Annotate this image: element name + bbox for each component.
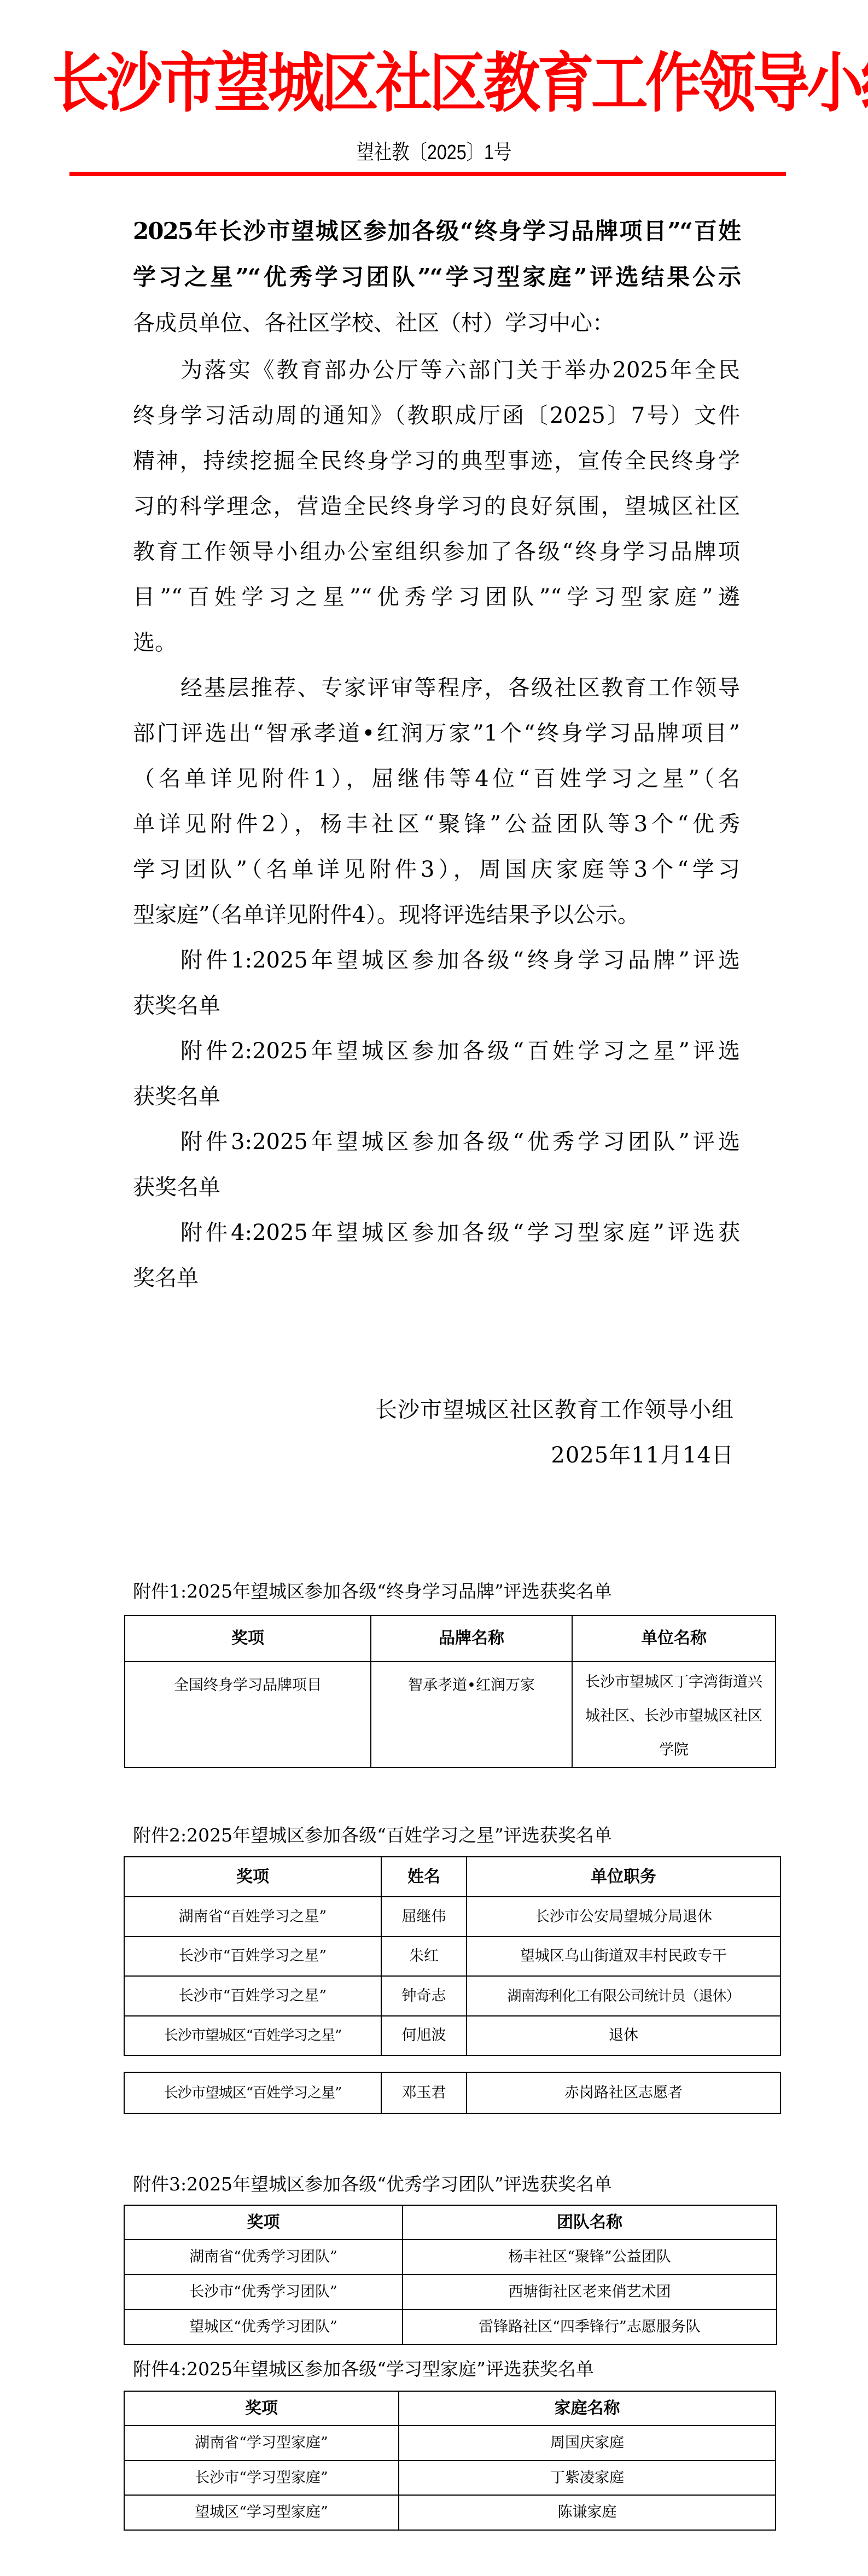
- award-cell: 长沙市望城区“百姓学习之星”: [124, 2016, 381, 2055]
- family-cell: 陈谦家庭: [399, 2495, 776, 2530]
- attachment-item-1-cont: 获奖名单: [133, 992, 740, 1019]
- award-cell: 望城区“优秀学习团队”: [124, 2310, 403, 2345]
- paragraph-line: 经基层推荐、专家评审等程序，各级社区教育工作领导: [180, 674, 740, 702]
- position-cell: 湖南海利化工有限公司统计员（退休）: [467, 1976, 780, 2016]
- annex-2-table: 奖项 姓名 单位职务 湖南省“百姓学习之星” 屈继伟 长沙市公安局望城分局退休 …: [124, 1856, 781, 2056]
- table-row: 长沙市“优秀学习团队” 西塘街社区老来俏艺术团: [124, 2275, 777, 2310]
- attachment-item-4: 附件4:2025年望城区参加各级“学习型家庭”评选获: [180, 1219, 740, 1246]
- annex-1-caption: 附件1:2025年望城区参加各级“终身学习品牌”评选获奖名单: [133, 1581, 612, 1602]
- award-cell: 长沙市望城区“百姓学习之星”: [124, 2072, 381, 2113]
- column-header: 品牌名称: [371, 1616, 572, 1662]
- name-cell: 钟奇志: [381, 1976, 467, 2016]
- table-row: 长沙市“百姓学习之星” 钟奇志 湖南海利化工有限公司统计员（退休）: [124, 1976, 780, 2016]
- table-row: 湖南省“学习型家庭” 周国庆家庭: [124, 2426, 776, 2461]
- annex-2-extra-table: 长沙市望城区“百姓学习之星” 邓玉君 赤岗路社区志愿者: [124, 2072, 781, 2114]
- name-cell: 朱红: [381, 1937, 467, 1976]
- paragraph-line: 单详见附件2），杨丰社区“聚锋”公益团队等3个“优秀: [133, 811, 740, 838]
- award-cell: 长沙市“百姓学习之星”: [124, 1976, 381, 2016]
- attachment-item-2-cont: 获奖名单: [133, 1083, 740, 1110]
- document-number: 望社教〔2025〕1号: [65, 140, 803, 165]
- table-header-row: 奖项 家庭名称: [124, 2391, 776, 2426]
- column-header: 奖项: [124, 2391, 399, 2426]
- award-cell: 长沙市“优秀学习团队”: [124, 2275, 403, 2310]
- position-cell: 退休: [467, 2016, 780, 2055]
- org-banner-title: 长沙市望城区社区教育工作领导小组文件: [52, 45, 816, 121]
- column-header: 奖项: [125, 1616, 371, 1662]
- signature-org: 长沙市望城区社区教育工作领导小组: [375, 1396, 734, 1424]
- paragraph-line: 终身学习活动周的通知》（教职成厅函〔2025〕7号）文件: [133, 402, 740, 429]
- annex-2-caption: 附件2:2025年望城区参加各级“百姓学习之星”评选获奖名单: [133, 1825, 612, 1846]
- column-header: 团队名称: [403, 2205, 777, 2240]
- annex-4-caption: 附件4:2025年望城区参加各级“学习型家庭”评选获奖名单: [133, 2358, 594, 2380]
- brand-cell: 智承孝道•红润万家: [371, 1662, 572, 1768]
- attachment-item-3: 附件3:2025年望城区参加各级“优秀学习团队”评选: [180, 1128, 740, 1156]
- column-header: 奖项: [124, 2205, 403, 2240]
- table-row: 长沙市望城区“百姓学习之星” 何旭波 退休: [124, 2016, 780, 2055]
- attachment-item-1: 附件1:2025年望城区参加各级“终身学习品牌”评选: [180, 947, 740, 974]
- attachment-item-4-cont: 奖名单: [133, 1264, 740, 1292]
- award-cell: 湖南省“学习型家庭”: [124, 2426, 399, 2461]
- paragraph-line: 教育工作领导小组办公室组织参加了各级“终身学习品牌项: [133, 538, 740, 566]
- column-header: 奖项: [124, 1857, 381, 1897]
- award-cell: 长沙市“学习型家庭”: [124, 2461, 399, 2495]
- team-cell: 杨丰社区“聚锋”公益团队: [403, 2240, 777, 2275]
- table-row: 长沙市“百姓学习之星” 朱红 望城区乌山街道双丰村民政专干: [124, 1937, 780, 1976]
- name-cell: 邓玉君: [381, 2072, 467, 2113]
- paragraph-line: 选。: [133, 629, 740, 656]
- table-row: 长沙市“学习型家庭” 丁紫凌家庭: [124, 2461, 776, 2495]
- award-cell: 湖南省“优秀学习团队”: [124, 2240, 403, 2275]
- red-divider: [69, 172, 786, 176]
- table-header-row: 奖项 姓名 单位职务: [124, 1857, 780, 1897]
- column-header: 姓名: [381, 1857, 467, 1897]
- signature-date: 2025年11月14日: [551, 1442, 734, 1469]
- paragraph-line: 为落实《教育部办公厅等六部门关于举办2025年全民: [180, 357, 740, 384]
- team-cell: 西塘街社区老来俏艺术团: [403, 2275, 777, 2310]
- table-header-row: 奖项 团队名称: [124, 2205, 777, 2240]
- annex-4-table: 奖项 家庭名称 湖南省“学习型家庭” 周国庆家庭 长沙市“学习型家庭” 丁紫凌家…: [124, 2391, 776, 2531]
- table-row: 望城区“学习型家庭” 陈谦家庭: [124, 2495, 776, 2530]
- name-cell: 屈继伟: [381, 1897, 467, 1937]
- team-cell: 雷锋路社区“四季锋行”志愿服务队: [403, 2310, 777, 2345]
- position-cell: 长沙市公安局望城分局退休: [467, 1897, 780, 1937]
- award-cell: 湖南省“百姓学习之星”: [124, 1897, 381, 1937]
- salutation: 各成员单位、各社区学校、社区（村）学习中心：: [133, 310, 740, 337]
- annex-3-caption: 附件3:2025年望城区参加各级“优秀学习团队”评选获奖名单: [133, 2173, 612, 2195]
- document-title-line-1: 2025年长沙市望城区参加各级“终身学习品牌项目”“百姓: [133, 218, 740, 245]
- document-title-line-2: 学习之星”“优秀学习团队”“学习型家庭”评选结果公示: [133, 264, 740, 291]
- table-header-row: 奖项 品牌名称 单位名称: [125, 1616, 776, 1662]
- annex-1-table: 奖项 品牌名称 单位名称 全国终身学习品牌项目 智承孝道•红润万家 长沙市望城区…: [124, 1615, 776, 1768]
- attachment-item-3-cont: 获奖名单: [133, 1174, 740, 1201]
- position-cell: 赤岗路社区志愿者: [467, 2072, 780, 2113]
- paragraph-line: 习的科学理念，营造全民终身学习的良好氛围，望城区社区: [133, 493, 740, 520]
- paragraph-line: （名单详见附件1），屈继伟等4位“百姓学习之星”（名: [133, 765, 740, 792]
- family-cell: 丁紫凌家庭: [399, 2461, 776, 2495]
- paragraph-line: 学习团队”（名单详见附件3），周国庆家庭等3个“学习: [133, 856, 740, 883]
- paragraph-line: 精神，持续挖掘全民终身学习的典型事迹，宣传全民终身学: [133, 447, 740, 475]
- table-row: 全国终身学习品牌项目 智承孝道•红润万家 长沙市望城区丁字湾街道兴城社区、长沙市…: [125, 1662, 776, 1768]
- unit-cell: 长沙市望城区丁字湾街道兴城社区、长沙市望城区社区学院: [572, 1662, 776, 1768]
- table-row: 湖南省“百姓学习之星” 屈继伟 长沙市公安局望城分局退休: [124, 1897, 780, 1937]
- table-row: 望城区“优秀学习团队” 雷锋路社区“四季锋行”志愿服务队: [124, 2310, 777, 2345]
- name-cell: 何旭波: [381, 2016, 467, 2055]
- column-header: 单位职务: [467, 1857, 780, 1897]
- paragraph-line: 目”“百姓学习之星”“优秀学习团队”“学习型家庭”遴: [133, 584, 740, 611]
- attachment-item-2: 附件2:2025年望城区参加各级“百姓学习之星”评选: [180, 1038, 740, 1065]
- paragraph-line: 型家庭”（名单详见附件4）。现将评选结果予以公示。: [133, 901, 740, 929]
- paragraph-line: 部门评选出“智承孝道•红润万家”1个“终身学习品牌项目”: [133, 720, 740, 747]
- position-cell: 望城区乌山街道双丰村民政专干: [467, 1937, 780, 1976]
- annex-3-table: 奖项 团队名称 湖南省“优秀学习团队” 杨丰社区“聚锋”公益团队 长沙市“优秀学…: [124, 2205, 777, 2345]
- award-cell: 望城区“学习型家庭”: [124, 2495, 399, 2530]
- award-cell: 长沙市“百姓学习之星”: [124, 1937, 381, 1976]
- column-header: 单位名称: [572, 1616, 776, 1662]
- column-header: 家庭名称: [399, 2391, 776, 2426]
- table-row: 长沙市望城区“百姓学习之星” 邓玉君 赤岗路社区志愿者: [124, 2072, 780, 2113]
- family-cell: 周国庆家庭: [399, 2426, 776, 2461]
- table-row: 湖南省“优秀学习团队” 杨丰社区“聚锋”公益团队: [124, 2240, 777, 2275]
- award-cell: 全国终身学习品牌项目: [125, 1662, 371, 1768]
